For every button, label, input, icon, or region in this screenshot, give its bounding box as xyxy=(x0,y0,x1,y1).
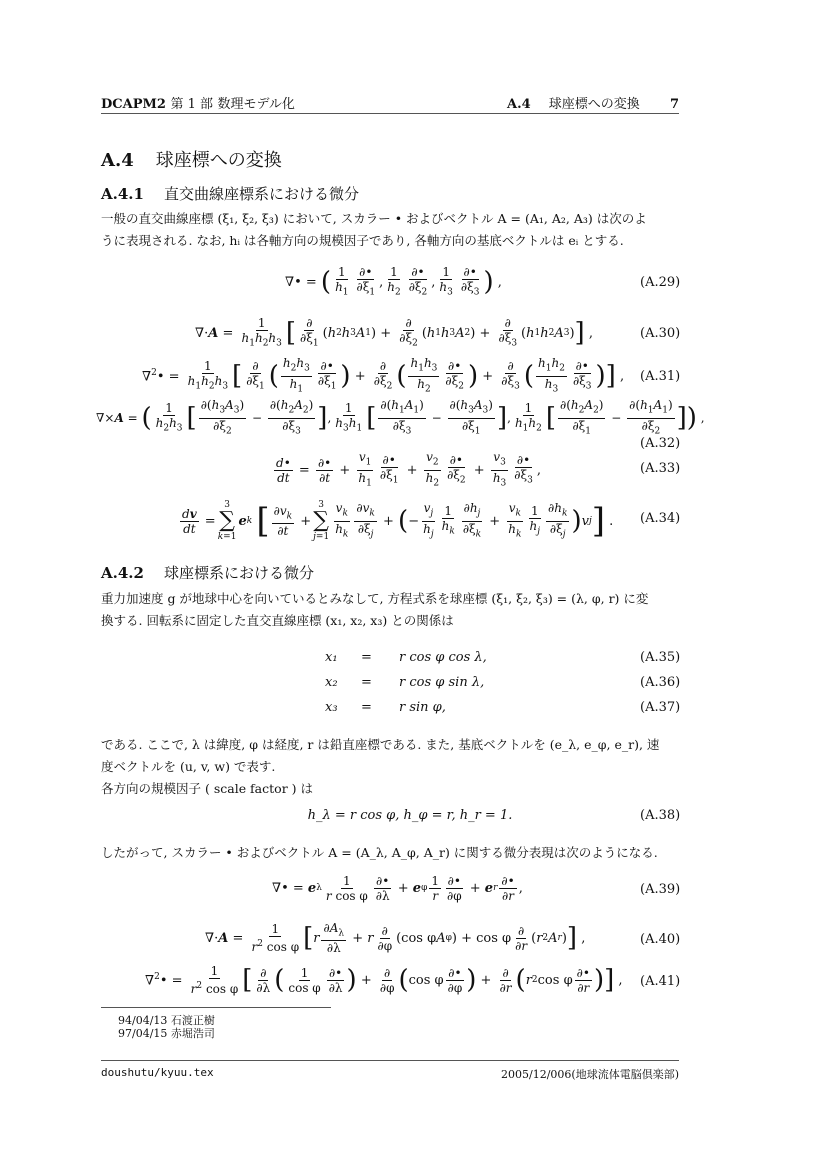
equation-a40: ∇·A = 1r2 cos φ [ r∂Aλ∂λ + r∂∂φ(cos φAφ)… xyxy=(205,918,585,958)
section-number: A.4 xyxy=(101,150,134,171)
paragraph-coords-description: である. ここで, λ は緯度, φ は経度, r は鉛直座標である. また, … xyxy=(101,734,681,800)
subsection-title: 直交曲線座標系における微分 xyxy=(164,185,359,203)
paragraph-spherical-ops: したがって, スカラー • およびベクトル A = (A_λ, A_φ, A_r… xyxy=(101,842,701,864)
section-heading: A.4球座標への変換 xyxy=(101,146,282,172)
equation-number: (A.36) xyxy=(640,675,680,690)
paragraph-line: うに表現される. なお, hᵢ は各軸方向の規模因子であり, 各軸方向の基底ベク… xyxy=(101,230,681,252)
subsection-number: A.4.2 xyxy=(101,564,144,582)
header-section-title: 球座標への変換 xyxy=(549,97,640,112)
equation-number: (A.40) xyxy=(640,932,680,947)
equation-number: (A.34) xyxy=(640,511,680,526)
subsection-title: 球座標系における微分 xyxy=(164,564,314,582)
equation-number: (A.39) xyxy=(640,882,680,897)
equation-a31: ∇2• = 1h1h2h3 [ ∂∂ξ1(h2h3h1∂•∂ξ1) + ∂∂ξ2… xyxy=(142,356,624,396)
subsection-heading-2: A.4.2球座標系における微分 xyxy=(101,562,314,583)
paragraph-line: 度ベクトルを (u, v, w) で表す. xyxy=(101,756,681,778)
header-section-number: A.4 xyxy=(507,97,531,112)
page-number: 7 xyxy=(670,97,679,112)
equation-number: (A.30) xyxy=(640,326,680,341)
footer-date-org: 2005/12/006(地球流体電脳倶楽部) xyxy=(480,1066,679,1082)
equation-number: (A.35) xyxy=(640,650,680,665)
header-code: DCAPM2 xyxy=(101,97,166,112)
paragraph-line: 各方向の規模因子 ( scale factor ) は xyxy=(101,778,681,800)
header-part: 第 1 部 xyxy=(170,97,213,112)
equation-number: (A.37) xyxy=(640,700,680,715)
header-title: 数理モデル化 xyxy=(218,97,295,112)
equation-number: (A.38) xyxy=(640,808,680,823)
equation-a35: x₁=r cos φ cos λ, xyxy=(325,650,487,665)
equation-number: (A.32) xyxy=(640,436,680,451)
paragraph-line: 換する. 回転系に固定した直交直線座標 (x₁, x₂, x₃) との関係は xyxy=(101,610,681,632)
paragraph-intro: 一般の直交曲線座標 (ξ₁, ξ₂, ξ₃) において, スカラー • およびベ… xyxy=(101,208,681,252)
equation-a33: d•dt = ∂•∂t + v1h1∂•∂ξ1 + v2h2∂•∂ξ2 + v3… xyxy=(272,450,541,490)
equation-a39: ∇• = eλ 1r cos φ∂•∂λ + eφ1r∂•∂φ + er∂•∂r… xyxy=(272,868,523,908)
equation-number: (A.41) xyxy=(640,974,680,989)
footer-filename: doushutu/kyuu.tex xyxy=(101,1066,214,1079)
paragraph-spherical-intro: 重力加速度 g が地球中心を向いているとみなして, 方程式系を球座標 (ξ₁, … xyxy=(101,588,681,632)
equation-a32: ∇×A = ( 1h2h3 [∂(h3A3)∂ξ2 − ∂(h2A2)∂ξ3],… xyxy=(96,398,705,438)
footnote-entry: 97/04/15 赤堀浩司 xyxy=(118,1025,215,1041)
paragraph-line: 重力加速度 g が地球中心を向いているとみなして, 方程式系を球座標 (ξ₁, … xyxy=(101,588,681,610)
equation-a30: ∇·A = 1h1h2h3 [ ∂∂ξ1(h2h3A1) + ∂∂ξ2(h1h3… xyxy=(195,313,593,353)
equation-a29: ∇• = ( 1h1∂•∂ξ1, 1h2∂•∂ξ2, 1h3∂•∂ξ3 ) , xyxy=(285,262,502,302)
paragraph-line: である. ここで, λ は緯度, φ は経度, r は鉛直座標である. また, … xyxy=(101,734,681,756)
section-title: 球座標への変換 xyxy=(156,150,282,171)
running-header: DCAPM2 第 1 部 数理モデル化 A.4 球座標への変換 7 xyxy=(101,93,679,114)
equation-number: (A.33) xyxy=(640,461,680,476)
footer-rule xyxy=(101,1060,679,1061)
equation-a37: x₃=r sin φ, xyxy=(325,700,446,715)
header-left: DCAPM2 第 1 部 数理モデル化 xyxy=(101,93,295,112)
paragraph-line: 一般の直交曲線座標 (ξ₁, ξ₂, ξ₃) において, スカラー • およびベ… xyxy=(101,208,681,230)
equation-a38: h_λ = r cos φ, h_φ = r, h_r = 1. xyxy=(260,808,560,823)
subsection-heading-1: A.4.1直交曲線座標系における微分 xyxy=(101,183,359,204)
subsection-number: A.4.1 xyxy=(101,185,144,203)
footnote-rule xyxy=(101,1007,331,1008)
header-right: A.4 球座標への変換 7 xyxy=(507,93,679,112)
equation-a34: dvdt = 3∑k=1 ek [ ∂vk∂t + 3∑j=1 vkhk∂vk∂… xyxy=(178,495,613,547)
equation-a36: x₂=r cos φ sin λ, xyxy=(325,675,484,690)
equation-number: (A.31) xyxy=(640,369,680,384)
equation-a41: ∇2• = 1r2 cos φ [ ∂∂λ(1cos φ∂•∂λ) + ∂∂φ(… xyxy=(145,960,623,1000)
equation-number: (A.29) xyxy=(640,275,680,290)
